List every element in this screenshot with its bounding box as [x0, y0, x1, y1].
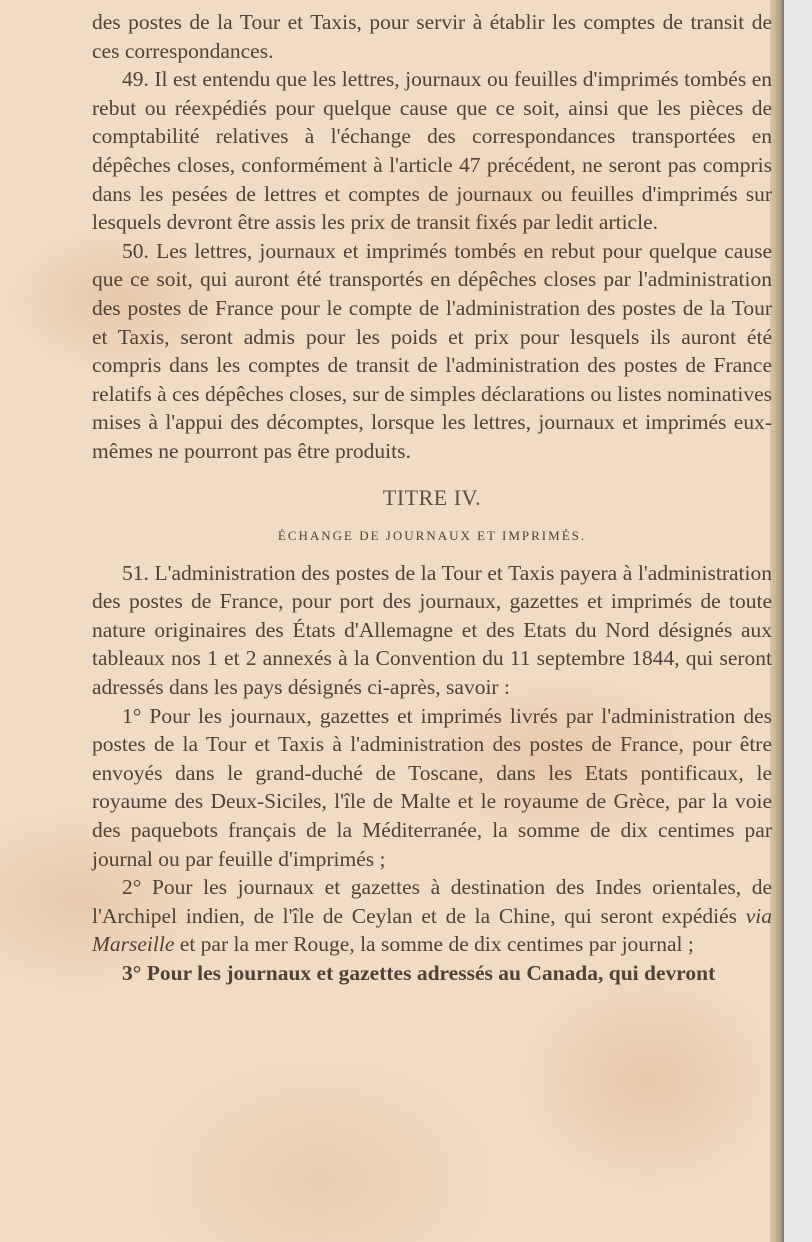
article-50: 50. Les lettres, journaux et imprimés to…	[92, 237, 772, 466]
page-binding-edge	[770, 0, 784, 1242]
page-text: des postes de la Tour et Taxis, pour ser…	[92, 8, 772, 988]
scanned-page: des postes de la Tour et Taxis, pour ser…	[0, 0, 784, 1242]
article-51: 51. L'administration des postes de la To…	[92, 559, 772, 702]
section-title: TITRE IV.	[92, 484, 772, 513]
article-51-item-1: 1° Pour les journaux, gazettes et imprim…	[92, 702, 772, 874]
article-51-item-2: 2° Pour les journaux et gazettes à desti…	[92, 873, 772, 959]
item-2-text-b: et par la mer Rouge, la somme de dix cen…	[174, 932, 693, 956]
article-51-item-3: 3° Pour les journaux et gazettes adressé…	[92, 959, 772, 988]
item-2-text-a: 2° Pour les journaux et gazettes à desti…	[92, 875, 772, 928]
article-49: 49. Il est entendu que les lettres, jour…	[92, 65, 772, 237]
section-subtitle: ÉCHANGE DE JOURNAUX ET IMPRIMÉS.	[92, 522, 772, 551]
continuation-paragraph: des postes de la Tour et Taxis, pour ser…	[92, 8, 772, 65]
